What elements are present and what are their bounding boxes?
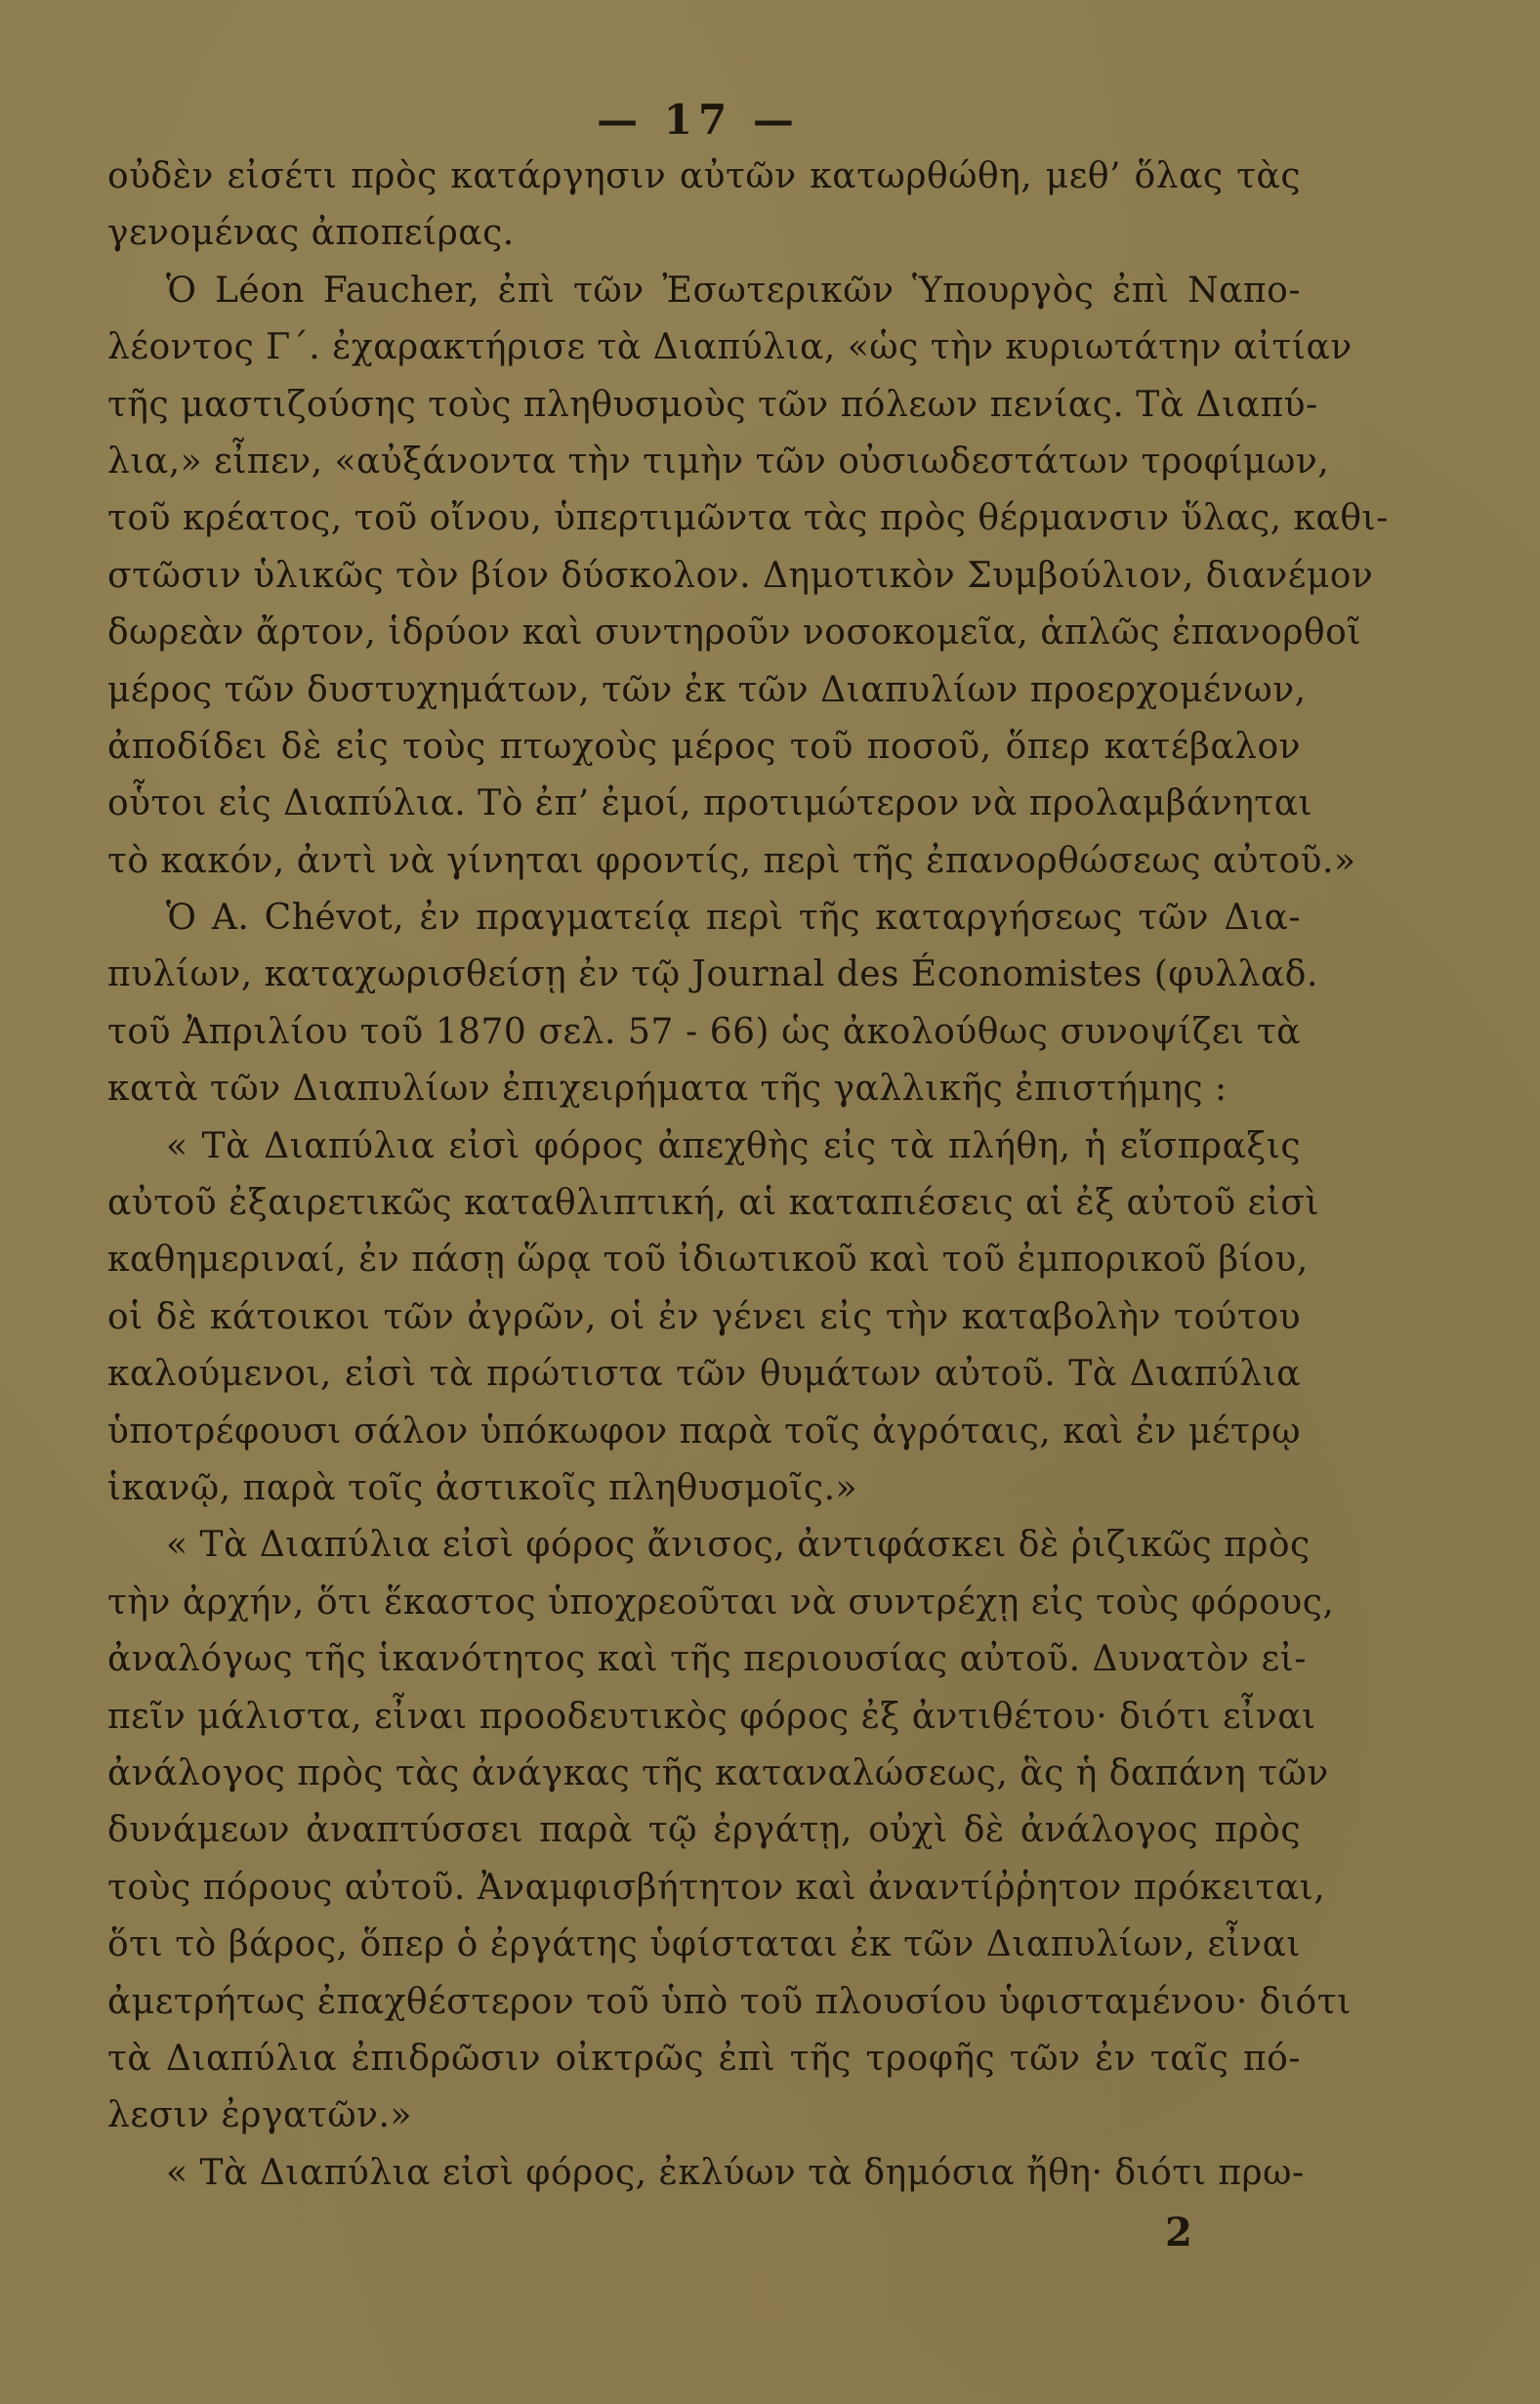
text-line: πεῖν μάλιστα, εἶναι προοδευτικὸς φόρος ἐ… xyxy=(107,1689,1301,1746)
text-line: « Τὰ Διαπύλια εἰσὶ φόρος ἄνισος, ἀντιφάσ… xyxy=(107,1517,1301,1574)
text-line: τῆς μαστιζούσης τοὺς πληθυσμοὺς τῶν πόλε… xyxy=(107,377,1301,434)
text-line: « Τὰ Διαπύλια εἰσὶ φόρος, ἐκλύων τὰ δημό… xyxy=(107,2145,1301,2202)
text-line: πυλίων, καταχωρισθείσῃ ἐν τῷ Journal des… xyxy=(107,947,1301,1003)
text-line: ἀμετρήτως ἐπαχθέστερον τοῦ ὑπὸ τοῦ πλουσ… xyxy=(107,1974,1301,2031)
text-line: ὑποτρέφουσι σάλον ὑπόκωφον παρὰ τοῖς ἀγρ… xyxy=(107,1404,1301,1460)
page-number: — 17 — xyxy=(0,96,1396,144)
text-line: τὴν ἀρχήν, ὅτι ἕκαστος ὑποχρεοῦται νὰ συ… xyxy=(107,1575,1301,1631)
text-line: καλούμενοι, εἰσὶ τὰ πρώτιστα τῶν θυμάτων… xyxy=(107,1346,1301,1403)
text-line: λέοντος Γ΄. ἐχαρακτήρισε τὰ Διαπύλια, «ὡ… xyxy=(107,319,1301,376)
text-line: αὐτοῦ ἐξαιρετικῶς καταθλιπτική, αἱ καταπ… xyxy=(107,1175,1301,1232)
text-line: μέρος τῶν δυστυχημάτων, τῶν ἐκ τῶν Διαπυ… xyxy=(107,662,1301,719)
text-line: « Τὰ Διαπύλια εἰσὶ φόρος ἀπεχθὴς εἰς τὰ … xyxy=(107,1118,1301,1175)
text-line: δυνάμεων ἀναπτύσσει παρὰ τῷ ἐργάτῃ, οὐχὶ… xyxy=(107,1802,1301,1859)
text-line: οὐδὲν εἰσέτι πρὸς κατάργησιν αὐτῶν κατωρ… xyxy=(107,148,1301,205)
text-line: τὰ Διαπύλια ἐπιδρῶσιν οἰκτρῶς ἐπὶ τῆς τρ… xyxy=(107,2031,1301,2088)
body-text: οὐδὲν εἰσέτι πρὸς κατάργησιν αὐτῶν κατωρ… xyxy=(107,148,1301,2202)
text-line: Ὁ A. Chévot, ἐν πραγματείᾳ περὶ τῆς κατα… xyxy=(107,890,1301,947)
text-line: ἱκανῷ, παρὰ τοῖς ἀστικοῖς πληθυσμοῖς.» xyxy=(107,1460,1301,1517)
text-line: ὅτι τὸ βάρος, ὅπερ ὁ ἐργάτης ὑφίσταται ἐ… xyxy=(107,1917,1301,1973)
text-line: λεσιν ἐργατῶν.» xyxy=(107,2088,1301,2144)
text-line: κατὰ τῶν Διαπυλίων ἐπιχειρήματα τῆς γαλλ… xyxy=(107,1061,1301,1118)
text-line: γενομένας ἀποπείρας. xyxy=(107,205,1301,262)
text-line: δωρεὰν ἄρτον, ἱδρύον καὶ συντηροῦν νοσοκ… xyxy=(107,605,1301,661)
text-line: τοῦ Ἀπριλίου τοῦ 1870 σελ. 57 - 66) ὡς ἀ… xyxy=(107,1004,1301,1061)
text-line: ἀποδίδει δὲ εἰς τοὺς πτωχοὺς μέρος τοῦ π… xyxy=(107,719,1301,776)
text-line: λια,» εἶπεν, «αὐξάνοντα τὴν τιμὴν τῶν οὐ… xyxy=(107,434,1301,490)
text-line: Ὁ Léon Faucher, ἐπὶ τῶν Ἐσωτερικῶν Ὑπουρ… xyxy=(107,263,1301,319)
text-line: ἀνάλογος πρὸς τὰς ἀνάγκας τῆς καταναλώσε… xyxy=(107,1746,1301,1802)
text-line: οὗτοι εἰς Διαπύλια. Τὸ ἐπ’ ἐμοί, προτιμώ… xyxy=(107,776,1301,832)
text-line: ἀναλόγως τῆς ἱκανότητος καὶ τῆς περιουσί… xyxy=(107,1631,1301,1688)
text-line: καθημεριναί, ἐν πάσῃ ὥρᾳ τοῦ ἰδιωτικοῦ κ… xyxy=(107,1232,1301,1288)
text-line: τὸ κακόν, ἀντὶ νὰ γίνηται φροντίς, περὶ … xyxy=(107,833,1301,890)
text-line: οἱ δὲ κάτοικοι τῶν ἀγρῶν, οἱ ἐν γένει εἰ… xyxy=(107,1289,1301,1346)
text-line: στῶσιν ὑλικῶς τὸν βίον δύσκολον. Δημοτικ… xyxy=(107,548,1301,605)
text-line: τοὺς πόρους αὐτοῦ. Ἀναμφισβήτητον καὶ ἀν… xyxy=(107,1860,1301,1917)
signature-mark: 2 xyxy=(1165,2210,1192,2256)
text-line: τοῦ κρέατος, τοῦ οἴνου, ὑπερτιμῶντα τὰς … xyxy=(107,490,1301,547)
